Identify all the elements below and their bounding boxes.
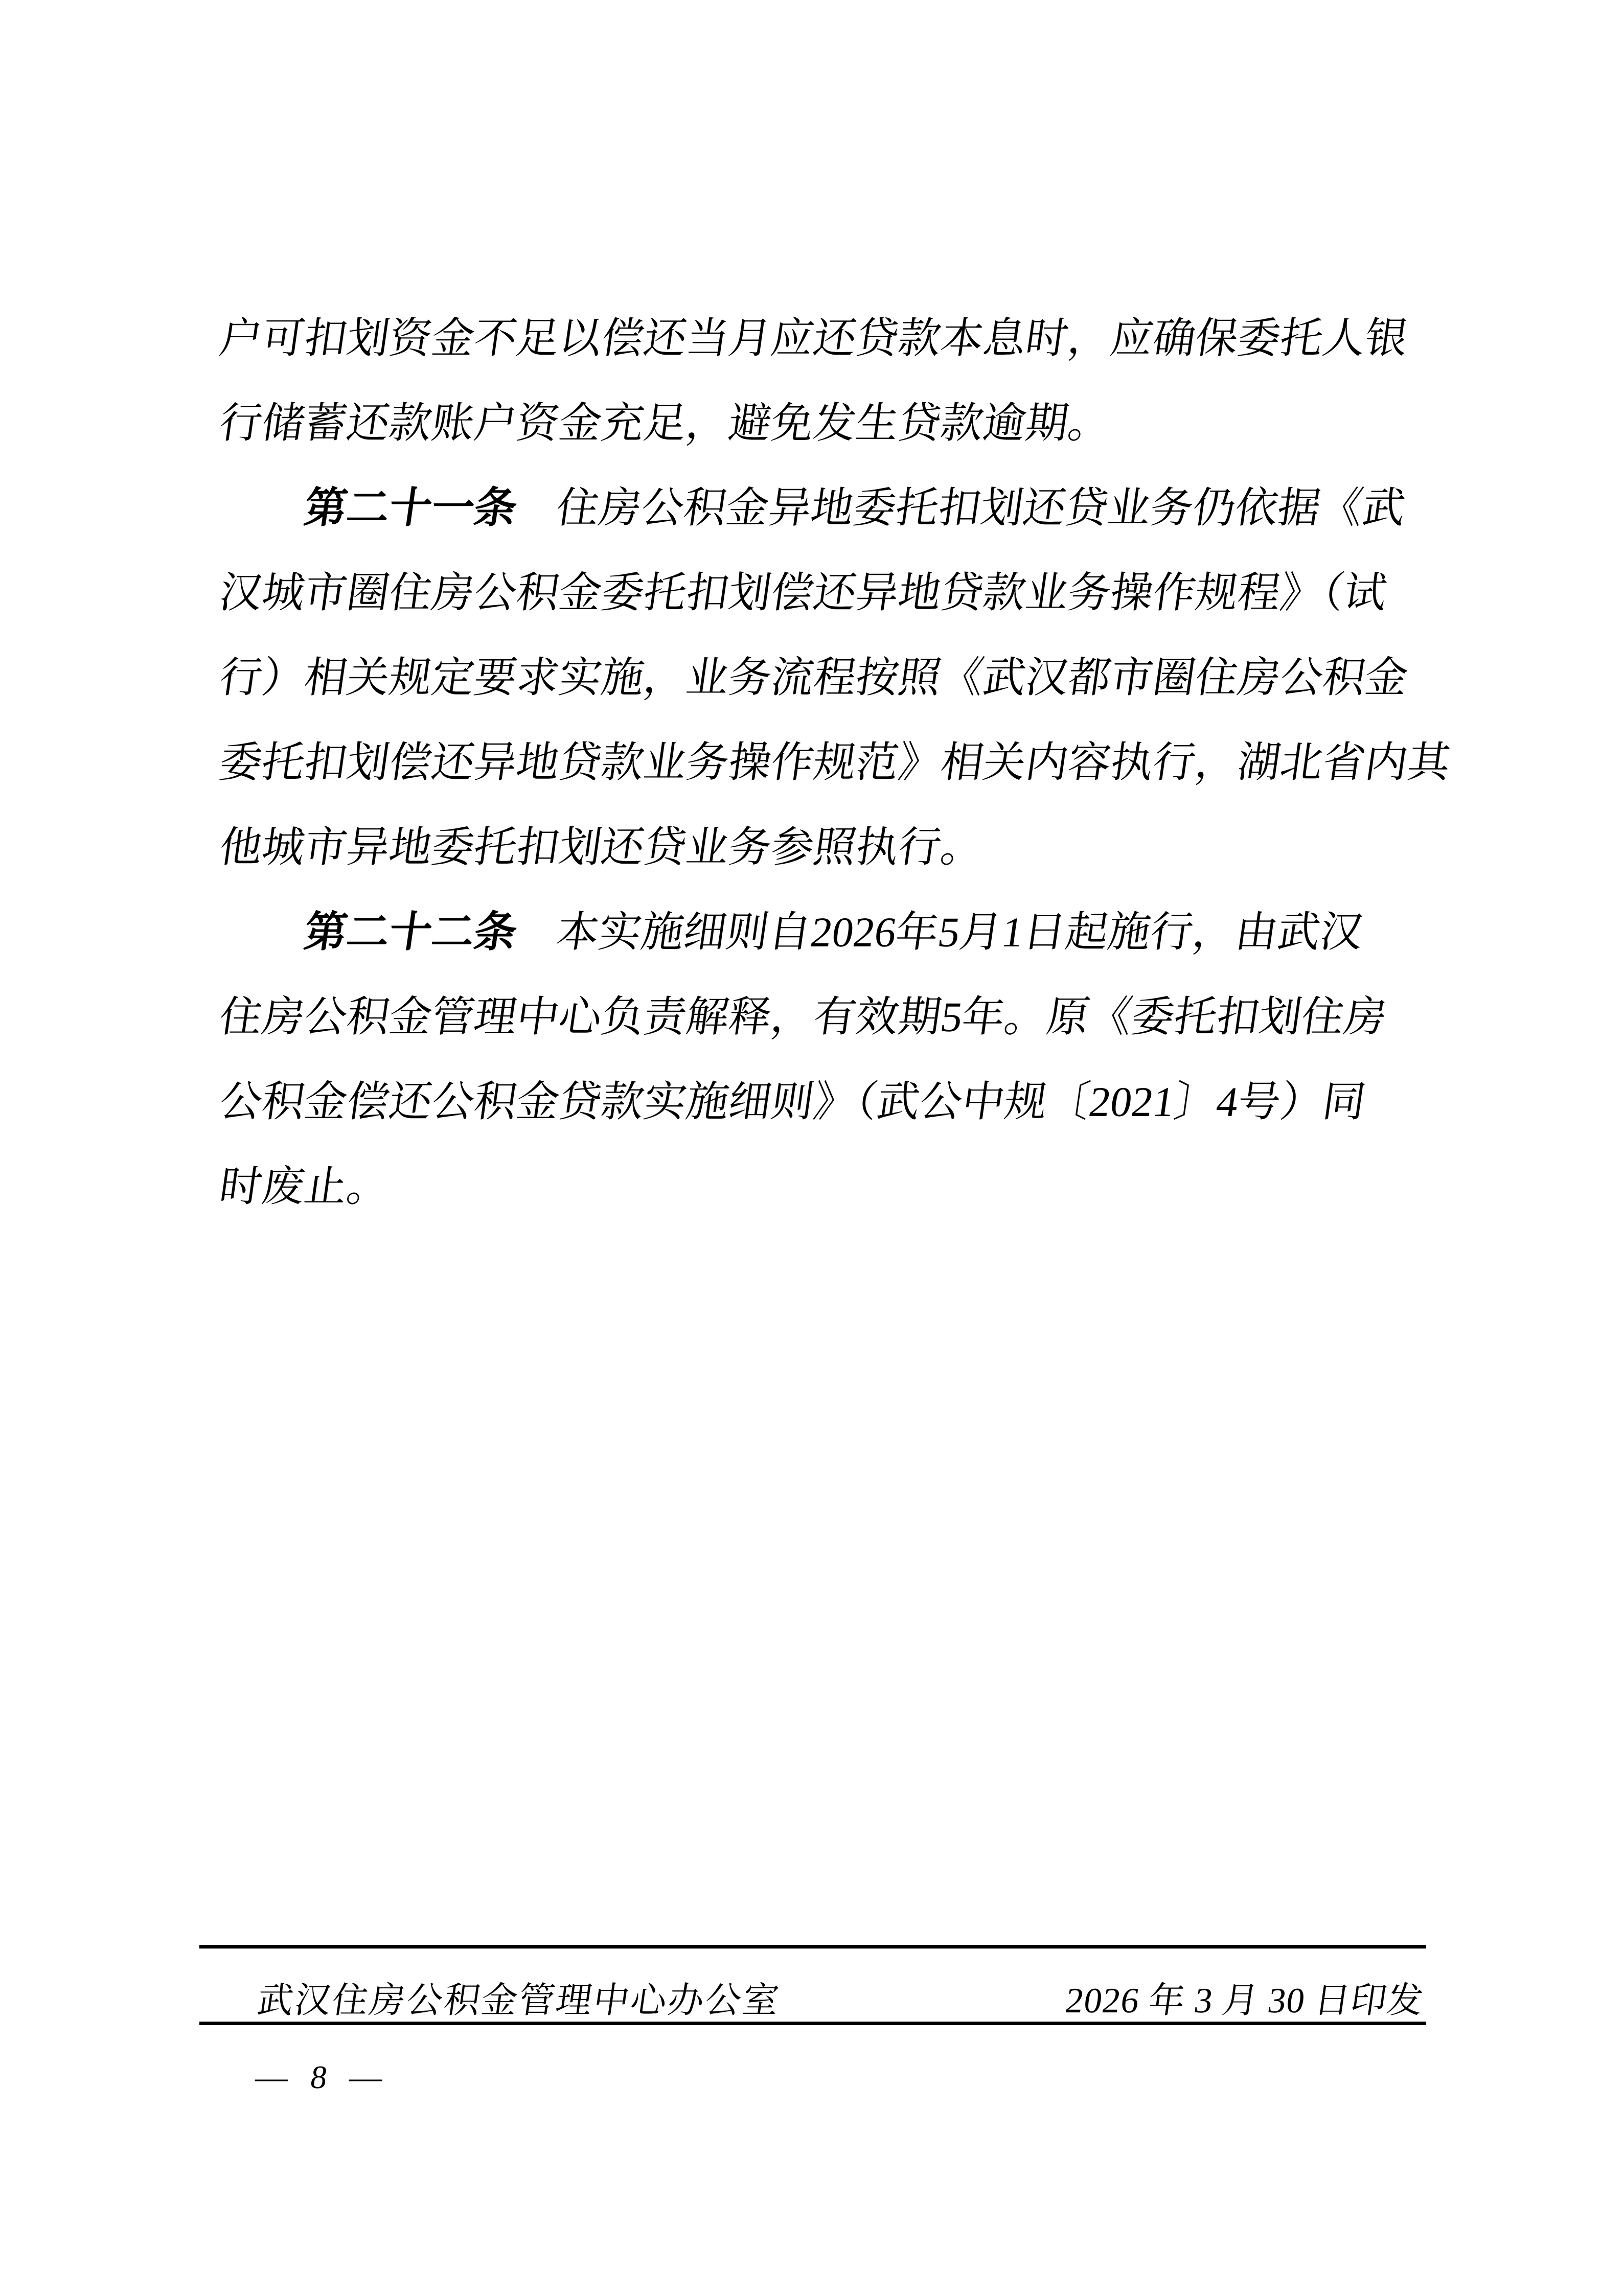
footer-top-rule <box>199 1945 1426 1949</box>
body-line-text: 户可扣划资金不足以偿还当月应还贷款本息时，应确保委托人银 <box>217 315 1411 362</box>
document-body: 户可扣划资金不足以偿还当月应还贷款本息时，应确保委托人银行储蓄还款账户资金充足，… <box>220 296 1426 1229</box>
body-line: 行）相关规定要求实施，业务流程按照《武汉都市圈住房公积金 <box>214 635 1432 720</box>
body-line-text: 公积金偿还公积金贷款实施细则》（武公中规〔2021〕4号）同 <box>217 1078 1369 1125</box>
body-line-text: 住房公积金管理中心负责解释，有效期5年。原《委托扣划住房 <box>217 993 1390 1040</box>
body-line: 公积金偿还公积金贷款实施细则》（武公中规〔2021〕4号）同 <box>214 1059 1432 1144</box>
body-line: 第二十一条住房公积金异地委托扣划还贷业务仍依据《武 <box>214 466 1432 550</box>
body-line-text: 他城市异地委托扣划还贷业务参照执行。 <box>217 824 987 871</box>
body-line-text: 住房公积金异地委托扣划还贷业务仍依据《武 <box>554 484 1409 531</box>
body-line: 第二十二条本实施细则自2026年5月1日起施行，由武汉 <box>214 890 1432 975</box>
body-line: 他城市异地委托扣划还贷业务参照执行。 <box>214 805 1432 890</box>
body-line: 委托扣划偿还异地贷款业务操作规范》相关内容执行，湖北省内其 <box>214 720 1432 805</box>
footer-bottom-rule <box>199 2022 1426 2025</box>
document-page: 户可扣划资金不足以偿还当月应还贷款本息时，应确保委托人银行储蓄还款账户资金充足，… <box>0 0 1624 2296</box>
page-number: — 8 — <box>253 2058 392 2096</box>
footer-print-date: 2026 年 3 月 30 日印发 <box>1062 1972 1427 2023</box>
body-line: 行储蓄还款账户资金充足，避免发生贷款逾期。 <box>214 381 1432 466</box>
body-line: 户可扣划资金不足以偿还当月应还贷款本息时，应确保委托人银 <box>214 296 1432 381</box>
body-line-text: 行）相关规定要求实施，业务流程按照《武汉都市圈住房公积金 <box>217 654 1411 701</box>
body-line-text: 时废止。 <box>217 1163 393 1210</box>
body-line-text: 本实施细则自2026年5月1日起施行，由武汉 <box>554 909 1366 956</box>
body-line-text: 委托扣划偿还异地贷款业务操作规范》相关内容执行，湖北省内其 <box>217 739 1454 786</box>
article-heading: 第二十一条 <box>302 484 520 531</box>
body-line: 汉城市圈住房公积金委托扣划偿还异地贷款业务操作规程》（试 <box>214 550 1432 635</box>
body-line-text: 汉城市圈住房公积金委托扣划偿还异地贷款业务操作规程》（试 <box>217 569 1390 616</box>
article-heading: 第二十二条 <box>302 909 520 956</box>
body-line: 时废止。 <box>214 1144 1432 1229</box>
footer-issuer: 武汉住房公积金管理中心办公室 <box>255 1972 784 2023</box>
body-line-text: 行储蓄还款账户资金充足，避免发生贷款逾期。 <box>217 400 1114 447</box>
body-line: 住房公积金管理中心负责解释，有效期5年。原《委托扣划住房 <box>214 975 1432 1059</box>
